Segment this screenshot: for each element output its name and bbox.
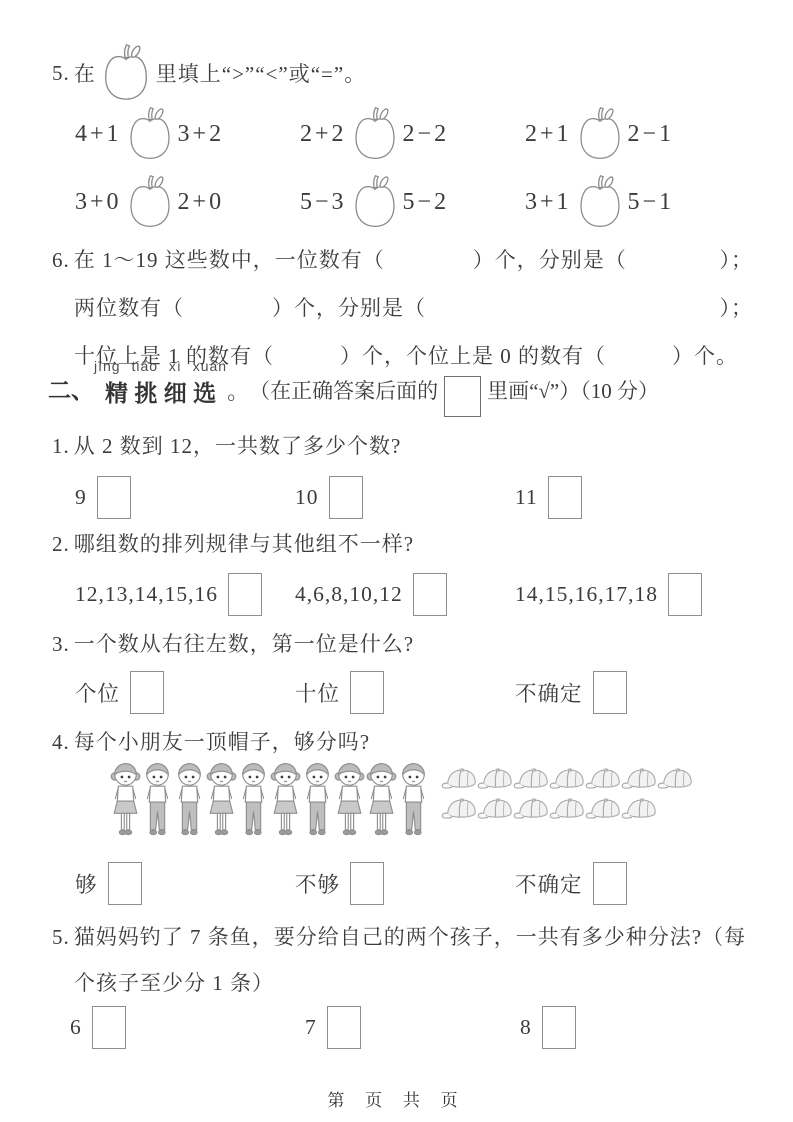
question-5-title: 5. 在 里填上“>”“<”或“=”。 xyxy=(52,44,753,102)
cap-icon xyxy=(477,797,515,822)
answer-checkbox[interactable] xyxy=(350,671,384,714)
option-label: 12,13,14,15,16 xyxy=(75,582,218,607)
answer-checkbox[interactable] xyxy=(92,1006,126,1049)
option-label: 个位 xyxy=(75,677,120,708)
option: 7 xyxy=(305,1006,520,1049)
cap-icon xyxy=(621,767,659,792)
apple-answer-blank[interactable] xyxy=(125,106,175,162)
question-6-number: 6. xyxy=(52,236,70,284)
question-5-text-after: 里填上“>”“<”或“=”。 xyxy=(156,58,366,88)
apple-answer-blank[interactable] xyxy=(575,106,625,162)
kid-boy-illustration xyxy=(398,758,429,840)
s2-question-5: 5.猫妈妈钓了 7 条鱼，要分给自己的两个孩子，一共有多少种分法?（每 个孩子至… xyxy=(52,914,753,1006)
kid-boy-illustration xyxy=(302,758,333,840)
s2-question-1-options: 9 10 11 xyxy=(75,474,763,520)
kid-girl-illustration xyxy=(206,758,237,840)
kid-boy-illustration xyxy=(238,758,269,840)
apple-answer-blank[interactable] xyxy=(575,174,625,230)
left-expression: 3+1 xyxy=(525,189,572,216)
cap-icon xyxy=(513,767,551,792)
answer-checkbox[interactable] xyxy=(228,573,262,616)
answer-checkbox[interactable] xyxy=(350,862,384,905)
option-label: 不够 xyxy=(295,868,340,899)
answer-checkbox[interactable] xyxy=(593,671,627,714)
option-label: 不确定 xyxy=(515,868,583,899)
answer-checkbox[interactable] xyxy=(108,862,142,905)
option: 个位 xyxy=(75,671,295,714)
hats-group xyxy=(441,767,693,822)
question-5-number: 5. xyxy=(52,61,70,86)
line-tail: ）； xyxy=(720,236,754,284)
apple-icon xyxy=(98,43,154,103)
option-label: 11 xyxy=(515,485,538,510)
option-label: 14,15,16,17,18 xyxy=(515,582,658,607)
right-expression: 2−2 xyxy=(403,121,450,148)
cap-icon xyxy=(657,767,695,792)
question-5-text-before: 在 xyxy=(74,58,96,88)
option: 11 xyxy=(515,476,582,519)
cap-icon xyxy=(549,767,587,792)
kid-girl-illustration xyxy=(110,758,141,840)
option: 够 xyxy=(75,862,295,905)
question-text: 每个小朋友一顶帽子，够分吗? xyxy=(74,730,370,754)
answer-checkbox[interactable] xyxy=(97,476,131,519)
option-label: 够 xyxy=(75,868,98,899)
question-6-line-2: 两位数有（ ）个，分别是（ ）； xyxy=(52,284,753,332)
right-expression: 5−1 xyxy=(628,189,675,216)
option: 14,15,16,17,18 xyxy=(515,573,702,616)
option: 十位 xyxy=(295,671,515,714)
cap-icon xyxy=(585,767,623,792)
section-2-pinyin: jīng tiāo xì xuǎn xyxy=(94,358,227,374)
example-checkbox xyxy=(444,376,481,417)
kid-boy-illustration xyxy=(174,758,205,840)
kid-girl-illustration xyxy=(334,758,365,840)
question-number: 1. xyxy=(52,434,70,458)
question-text: 哪组数的排列规律与其他组不一样? xyxy=(74,532,414,556)
section-2-numeral: 二、 xyxy=(48,372,94,408)
apple-answer-blank[interactable] xyxy=(125,174,175,230)
answer-checkbox[interactable] xyxy=(668,573,702,616)
right-expression: 2−1 xyxy=(628,121,675,148)
comparison-item: 2+1 2−1 xyxy=(525,100,763,168)
left-expression: 5−3 xyxy=(300,189,347,216)
option-label: 7 xyxy=(305,1015,317,1040)
kid-boy-illustration xyxy=(142,758,173,840)
question-number: 5. xyxy=(52,925,70,949)
apple-answer-blank[interactable] xyxy=(350,106,400,162)
option: 不确定 xyxy=(515,862,627,905)
worksheet-page: 5. 在 里填上“>”“<”或“=”。 4+1 3+2 2+2 2−2 2+1 … xyxy=(0,0,793,1122)
comparison-item: 5−3 5−2 xyxy=(300,168,525,236)
question-text: 从 2 数到 12，一共数了多少个数? xyxy=(74,434,402,458)
section-2-note-before: （在正确答案后面的 xyxy=(249,375,438,408)
s2-question-3: 3.一个数从右往左数，第一位是什么? xyxy=(52,628,753,658)
kids-row xyxy=(110,758,429,840)
section-2-period: 。 xyxy=(227,375,249,408)
option-label: 6 xyxy=(70,1015,82,1040)
cap-icon xyxy=(621,797,659,822)
question-text: 猫妈妈钓了 7 条鱼，要分给自己的两个孩子，一共有多少种分法?（每 xyxy=(74,925,746,949)
question-number: 3. xyxy=(52,632,70,656)
answer-checkbox[interactable] xyxy=(130,671,164,714)
option-label: 4,6,8,10,12 xyxy=(295,582,403,607)
hat-row xyxy=(441,797,693,822)
option-label: 十位 xyxy=(295,677,340,708)
option-label: 10 xyxy=(295,485,319,510)
question-text-line-2: 个孩子至少分 1 条） xyxy=(52,960,753,1006)
question-number: 4. xyxy=(52,730,70,754)
right-expression: 2+0 xyxy=(178,189,225,216)
left-expression: 2+2 xyxy=(300,121,347,148)
answer-checkbox[interactable] xyxy=(593,862,627,905)
option-label: 8 xyxy=(520,1015,532,1040)
line-tail: ）； xyxy=(720,284,754,332)
cap-icon xyxy=(549,797,587,822)
comparison-grid: 4+1 3+2 2+2 2−2 2+1 2−1 3+0 2+0 5−3 5−2 … xyxy=(75,100,763,236)
cap-icon xyxy=(441,767,479,792)
cap-icon xyxy=(585,797,623,822)
section-2-title-stack: jīng tiāo xì xuǎn 精 挑 细 选 xyxy=(94,358,227,408)
comparison-item: 3+0 2+0 xyxy=(75,168,300,236)
option: 9 xyxy=(75,476,295,519)
right-expression: 3+2 xyxy=(178,121,225,148)
option: 8 xyxy=(520,1006,755,1049)
question-text: 一个数从右往左数，第一位是什么? xyxy=(74,632,414,656)
option-label: 9 xyxy=(75,485,87,510)
s2-question-4: 4.每个小朋友一顶帽子，够分吗? xyxy=(52,726,753,756)
answer-checkbox[interactable] xyxy=(327,1006,361,1049)
comparison-item: 3+1 5−1 xyxy=(525,168,763,236)
option: 不够 xyxy=(295,862,515,905)
s2-question-3-options: 个位 十位 不确定 xyxy=(75,669,763,715)
section-2-title: 精 挑 细 选 xyxy=(105,375,216,408)
cap-icon xyxy=(477,767,515,792)
option: 12,13,14,15,16 xyxy=(75,573,295,616)
answer-checkbox[interactable] xyxy=(413,573,447,616)
s2-question-2: 2.哪组数的排列规律与其他组不一样? xyxy=(52,528,753,558)
question-6-line-1: 6.在 1～19 这些数中，一位数有（ ）个，分别是（ ）； xyxy=(52,236,753,284)
left-expression: 4+1 xyxy=(75,121,122,148)
apple-answer-blank[interactable] xyxy=(350,174,400,230)
answer-checkbox[interactable] xyxy=(548,476,582,519)
kid-girl-illustration xyxy=(366,758,397,840)
left-expression: 2+1 xyxy=(525,121,572,148)
option: 不确定 xyxy=(515,671,627,714)
section-2-header: 二、 jīng tiāo xì xuǎn 精 挑 细 选 。 （在正确答案后面的… xyxy=(48,358,659,408)
question-6-text: 在 1～19 这些数中，一位数有（ ）个，分别是（ xyxy=(74,236,627,284)
page-footer: 第 页 共 页 xyxy=(0,1086,793,1111)
cap-icon xyxy=(441,797,479,822)
s2-question-4-options: 够 不够 不确定 xyxy=(75,860,763,906)
s2-question-1: 1.从 2 数到 12，一共数了多少个数? xyxy=(52,430,753,460)
hat-row xyxy=(441,767,693,792)
right-expression: 5−2 xyxy=(403,189,450,216)
question-number: 2. xyxy=(52,532,70,556)
section-2-note-after: 里画“√”）（10 分） xyxy=(487,375,659,408)
question-6-text: 两位数有（ ）个，分别是（ xyxy=(74,284,426,332)
answer-checkbox[interactable] xyxy=(542,1006,576,1049)
option: 4,6,8,10,12 xyxy=(295,573,515,616)
option: 6 xyxy=(70,1006,305,1049)
s2-question-5-options: 6 7 8 xyxy=(70,1004,763,1050)
comparison-item: 2+2 2−2 xyxy=(300,100,525,168)
s2-question-2-options: 12,13,14,15,16 4,6,8,10,12 14,15,16,17,1… xyxy=(75,571,763,617)
option-label: 不确定 xyxy=(515,677,583,708)
kids-and-hats-figure xyxy=(110,758,693,840)
option: 10 xyxy=(295,476,515,519)
left-expression: 3+0 xyxy=(75,189,122,216)
kid-girl-illustration xyxy=(270,758,301,840)
cap-icon xyxy=(513,797,551,822)
answer-checkbox[interactable] xyxy=(329,476,363,519)
comparison-item: 4+1 3+2 xyxy=(75,100,300,168)
